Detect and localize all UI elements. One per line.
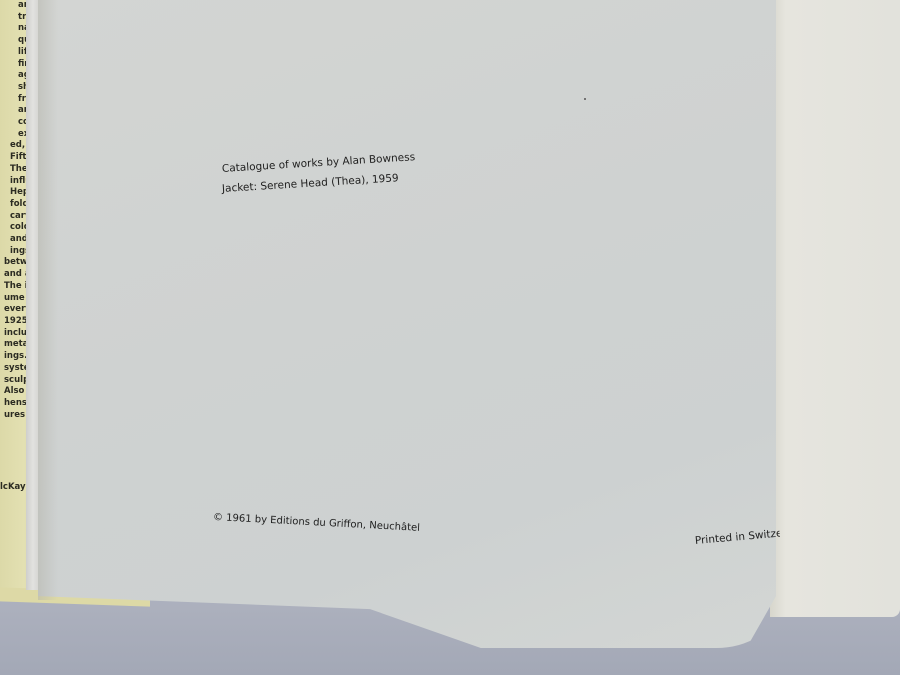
colophon-page — [38, 0, 776, 648]
jacket-author-fragment: lcKay — [0, 482, 26, 492]
page-gutter-shadow — [38, 0, 58, 600]
facing-page — [770, 0, 900, 617]
paper-speck — [584, 98, 586, 100]
